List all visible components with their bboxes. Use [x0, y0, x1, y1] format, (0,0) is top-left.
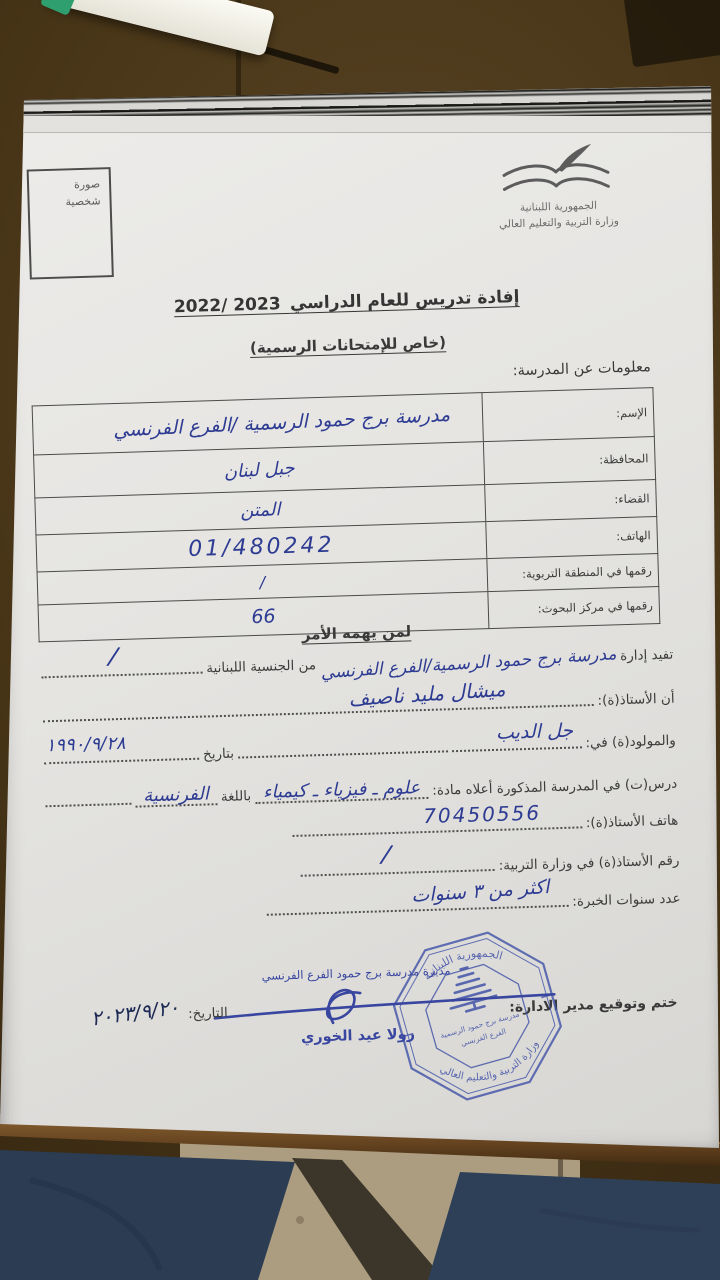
photo-box-label: صورة: [38, 176, 100, 194]
signature-icon: [224, 977, 465, 1036]
field-label: المحافظة:: [483, 437, 655, 485]
svg-text:وزارة التربية والتعليم العالي: وزارة التربية والتعليم العالي: [436, 1037, 547, 1095]
handwritten-slash: /: [380, 840, 391, 869]
correction-tape-tip: [40, 0, 79, 16]
school-info-table: الإسم: مدرسة برج حمود الرسمية /الفرع الف…: [32, 387, 661, 642]
school-info-heading: معلومات عن المدرسة:: [513, 359, 651, 379]
handwritten-date: ٢٠٢٣/٩/٢٠: [89, 995, 180, 1031]
date-block: التاريخ: ٢٠٢٣/٩/٢٠: [27, 998, 228, 1028]
open-book-icon: [492, 142, 623, 198]
document-title: إفادة تدريس للعام الدراسي 2022/ 2023: [0, 282, 697, 323]
photo-box: صورة شخصية: [27, 167, 114, 279]
jeans-left: [0, 1150, 295, 1280]
field-label: الإسم:: [482, 388, 654, 442]
paper-sheet: صورة شخصية الجمهورية اللبنانية وزارة الت…: [0, 86, 720, 1152]
photo-box-label: شخصية: [38, 193, 100, 211]
dotted-line: جل الديب: [451, 740, 581, 752]
letter-line-1: تفيد إدارة مدرسة برج حمود الرسمية/الفرع …: [41, 647, 673, 682]
dotted-line: 70450556: [292, 820, 582, 837]
signature-block: مديرة مدرسة برج حمود الفرع الفرنسي رولا …: [248, 963, 465, 1047]
field-label: القضاء:: [485, 480, 657, 522]
letter-line-5: هاتف الأستاذ(ة): 70450556: [292, 813, 678, 840]
correction-tape: [46, 0, 275, 57]
handwritten-language: الفرنسية: [135, 786, 217, 808]
handwritten-birthdate: ١٩٩٠/٩/٢٨: [45, 733, 125, 756]
dotted-line: ميشال مليد ناصيف: [43, 698, 594, 722]
handwritten-value: مدرسة برج حمود الرسمية /الفرع الفرنسي: [39, 403, 477, 446]
handwritten-subjects: علوم ـ فيزياء ـ كيمياء: [255, 780, 429, 804]
dotted-line: /: [41, 666, 202, 679]
jeans-right: [428, 1172, 720, 1280]
dotted-line: [45, 797, 131, 808]
letter-line-2: أن الأستاذ(ة): ميشال مليد ناصيف: [43, 691, 675, 726]
document-subtitle: (خاص للإمتحانات الرسمية): [0, 326, 698, 365]
stamp-bottom-text: وزارة التربية والتعليم العالي: [436, 1037, 547, 1095]
letter-line-4: درس(ت) في المدرسة المذكورة أعلاه مادة: ع…: [45, 773, 677, 811]
handwritten-experience: اكثر من ٣ سنوات: [411, 876, 550, 907]
photo-scene: صورة شخصية الجمهورية اللبنانية وزارة الت…: [0, 0, 720, 1280]
handwritten-birthplace: جل الديب: [496, 720, 574, 744]
letter-line-6: رقم الأستاذ(ة) في وزارة التربية: /: [300, 853, 679, 880]
handwritten-teacher-name: ميشال مليد ناصيف: [347, 677, 505, 711]
school-year: 2022/ 2023: [174, 294, 281, 317]
handwritten-value: المتن: [42, 493, 479, 527]
dotted-line: /: [300, 863, 494, 877]
field-label: رقمها في المنطقة التربوية:: [487, 554, 659, 592]
dotted-line: [238, 744, 448, 758]
letter-line-3: والمولود(ة) في: جل الديب بتاريخ ١٩٩٠/٩/٢…: [44, 733, 676, 768]
document-content: صورة شخصية الجمهورية اللبنانية وزارة الت…: [0, 86, 720, 1156]
dotted-line: ١٩٩٠/٩/٢٨: [44, 752, 199, 765]
date-label: التاريخ:: [188, 1005, 228, 1022]
ministry-logo: الجمهورية اللبنانية وزارة التربية والتعل…: [459, 141, 657, 234]
handwritten-school: مدرسة برج حمود الرسمية/الفرع الفرنسي: [320, 647, 617, 681]
handwritten-phone: 70450556: [423, 801, 541, 828]
letter-line-7: عدد سنوات الخبرة: اكثر من ٣ سنوات: [266, 891, 680, 919]
dark-object: [624, 0, 720, 67]
quill-icon: [557, 144, 592, 172]
field-label: الهاتف:: [486, 517, 658, 559]
